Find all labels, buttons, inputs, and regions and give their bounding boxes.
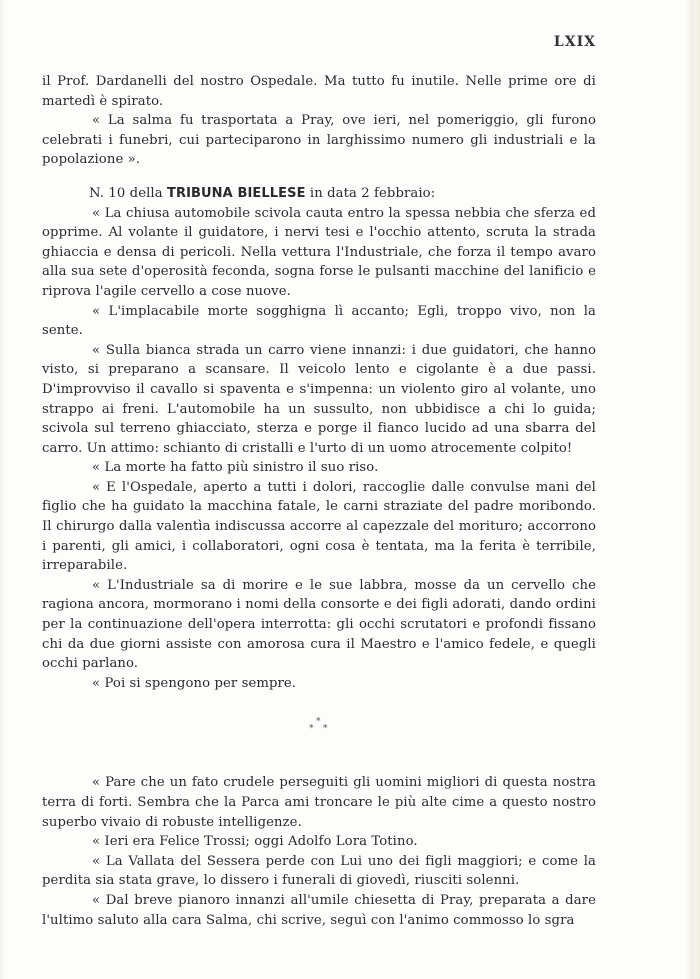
asterisk-icon: * [316,713,321,733]
article2-paragraph: « Dal breve pianoro innanzi all'umile ch… [42,891,596,930]
article2-paragraph: « Pare che un fato crudele perseguiti gl… [42,773,596,832]
newspaper-title: TRIBUNA BIELLESE [167,186,306,201]
article1-paragraph: « Sulla bianca strada un carro viene inn… [42,341,596,459]
page-number: LXIX [554,34,596,50]
asterisk-icon: * [309,720,314,740]
article1-paragraph: « La morte ha fatto più sinistro il suo … [42,458,596,478]
article2-paragraph: « La Vallata del Sessera perde con Lui u… [42,852,596,891]
heading-suffix: in data 2 febbraio: [306,186,436,201]
spacer [42,170,596,184]
asterisk-icon: * [323,720,328,740]
source-heading: N. 10 della TRIBUNA BIELLESE in data 2 f… [42,184,596,204]
intro-quote: « La salma fu trasportata a Pray, ove ie… [42,111,596,170]
page-edge-right [686,0,700,979]
article1-paragraph: « Poi si spengono per sempre. [42,674,596,694]
article1-paragraph: « E l'Ospedale, aperto a tutti i dolori,… [42,478,596,576]
article1-paragraph: « La chiusa automobile scivola cauta ent… [42,204,596,302]
intro-paragraph: il Prof. Dardanelli del nostro Ospedale.… [42,72,596,111]
heading-prefix: N. 10 della [89,186,167,201]
page-edge-left [0,0,6,979]
article1-paragraph: « L'implacabile morte sogghigna lì accan… [42,302,596,341]
page-body: il Prof. Dardanelli del nostro Ospedale.… [42,72,596,930]
article2-paragraph: « Ieri era Felice Trossi; oggi Adolfo Lo… [42,832,596,852]
asterism-separator: * * * [42,707,596,751]
article1-paragraph: « L'Industriale sa di morire e le sue la… [42,576,596,674]
